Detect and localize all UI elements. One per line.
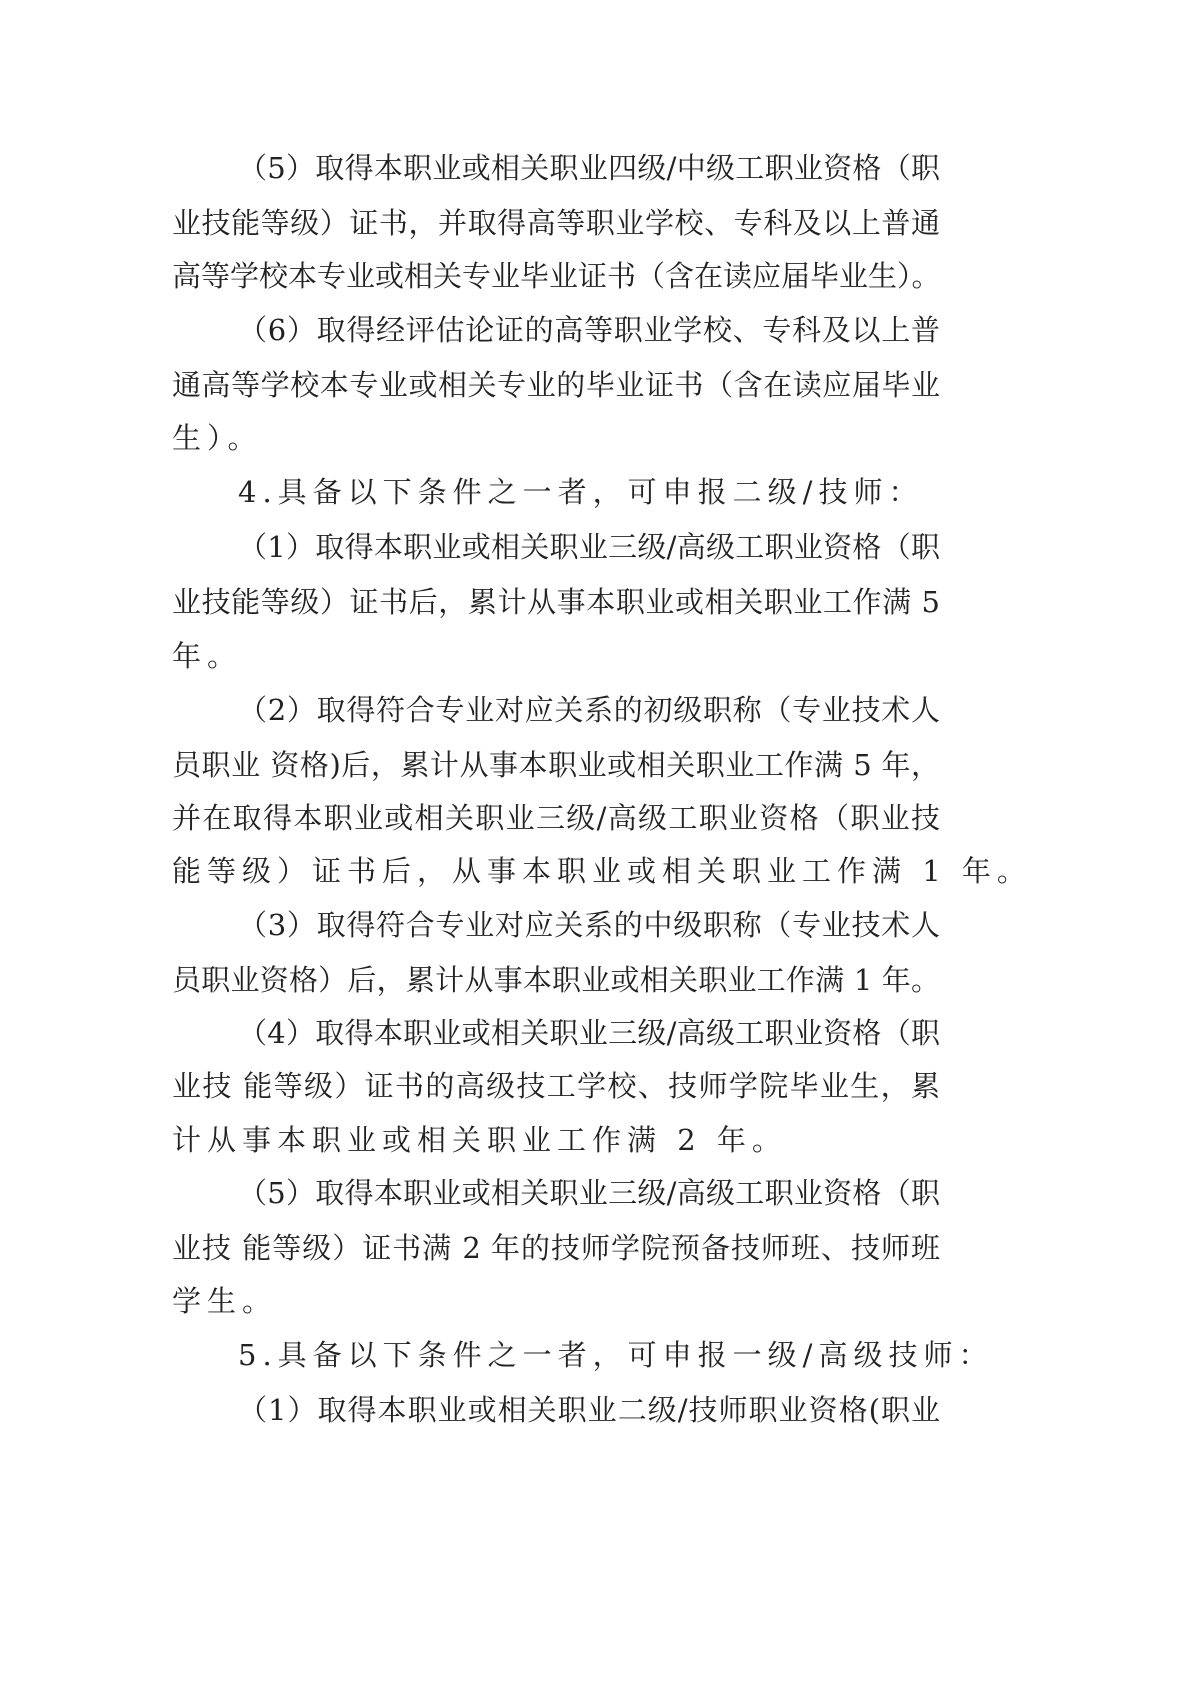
text-line: 业技能等级）证书后，累计从事本职业或相关职业工作满 5	[172, 582, 940, 622]
text-line: 通高等学校本专业或相关专业的毕业证书（含在读应届毕业	[172, 365, 940, 405]
section-heading-4: 4.具备以下条件之一者，可申报二级/技师：	[238, 472, 923, 512]
text-line-1-item: （1）取得本职业或相关职业二级/技师职业资格(职业	[238, 1390, 940, 1430]
text-line: 员职业资格）后，累计从事本职业或相关职业工作满 1 年。	[172, 960, 940, 1000]
text-line: 业技能等级）证书，并取得高等职业学校、专科及以上普通	[172, 203, 940, 243]
text-line-3-item: （3）取得符合专业对应关系的中级职称（专业技术人	[238, 905, 940, 945]
text-line-5-item: （5）取得本职业或相关职业三级/高级工职业资格（职	[238, 1173, 940, 1213]
text-line-2-item: （2）取得符合专业对应关系的初级职称（专业技术人	[238, 690, 940, 730]
text-line-4-item: （4）取得本职业或相关职业三级/高级工职业资格（职	[238, 1013, 940, 1053]
text-line: 业技 能等级）证书满 2 年的技师学院预备技师班、技师班	[172, 1228, 940, 1268]
text-line: 并在取得本职业或相关职业三级/高级工职业资格（职业技	[172, 798, 940, 838]
text-line: 高等学校本专业或相关专业毕业证书（含在读应届毕业生）。	[172, 256, 940, 296]
text-line: 年。	[172, 636, 242, 676]
document-page: （5）取得本职业或相关职业四级/中级工职业资格（职 业技能等级）证书，并取得高等…	[0, 0, 1191, 1684]
text-line: 能等级）证书后，从事本职业或相关职业工作满 1 年。	[172, 851, 1032, 891]
text-line-5-item: （5）取得本职业或相关职业四级/中级工职业资格（职	[238, 148, 940, 188]
text-line: 计从事本职业或相关职业工作满 2 年。	[172, 1120, 787, 1160]
text-line: 业技 能等级）证书的高级技工学校、技师学院毕业生，累	[172, 1066, 940, 1106]
text-line: 员职业 资格)后，累计从事本职业或相关职业工作满 5 年，	[172, 745, 940, 785]
section-heading-5: 5.具备以下条件之一者，可申报一级/高级技师：	[238, 1335, 993, 1375]
text-line-1-item: （1）取得本职业或相关职业三级/高级工职业资格（职	[238, 527, 940, 567]
text-line-6-item: （6）取得经评估论证的高等职业学校、专科及以上普	[238, 310, 940, 350]
text-line: 生）。	[172, 418, 263, 458]
text-line: 学生。	[172, 1281, 277, 1321]
